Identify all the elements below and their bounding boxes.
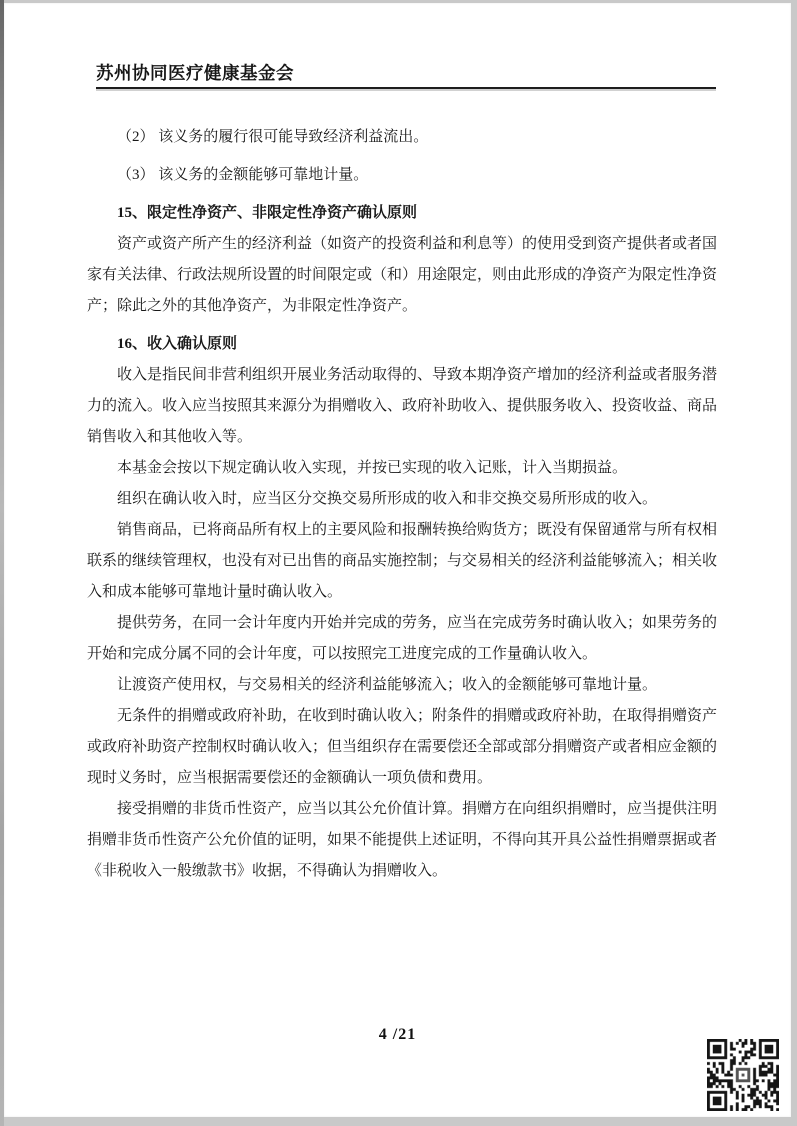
page-number: 4 /21 bbox=[379, 1026, 416, 1043]
list-item: （3） 该义务的金额能够可靠地计量。 bbox=[87, 160, 717, 191]
paragraph: 销售商品，已将商品所有权上的主要风险和报酬转换给购货方；既没有保留通常与所有权相… bbox=[87, 515, 717, 608]
document-page: 苏州协同医疗健康基金会 （2） 该义务的履行很可能导致经济利益流出。 （3） 该… bbox=[4, 3, 791, 1117]
paragraph: 组织在确认收入时，应当区分交换交易所形成的收入和非交换交易所形成的收入。 bbox=[87, 484, 717, 515]
section-heading: 16、收入确认原则 bbox=[87, 329, 717, 360]
document-body: （2） 该义务的履行很可能导致经济利益流出。 （3） 该义务的金额能够可靠地计量… bbox=[87, 122, 717, 887]
document-header: 苏州协同医疗健康基金会 bbox=[96, 61, 716, 89]
paragraph: 无条件的捐赠或政府补助，在收到时确认收入；附条件的捐赠或政府补助，在取得捐赠资产… bbox=[87, 701, 717, 794]
scan-frame: 苏州协同医疗健康基金会 （2） 该义务的履行很可能导致经济利益流出。 （3） 该… bbox=[0, 0, 797, 1126]
qr-code-icon bbox=[707, 1039, 779, 1111]
header-divider bbox=[96, 87, 716, 89]
list-item: （2） 该义务的履行很可能导致经济利益流出。 bbox=[87, 122, 717, 153]
paragraph: 资产或资产所产生的经济利益（如资产的投资利益和利息等）的使用受到资产提供者或者国… bbox=[87, 229, 717, 322]
paragraph: 本基金会按以下规定确认收入实现，并按已实现的收入记账，计入当期损益。 bbox=[87, 453, 717, 484]
paragraph: 收入是指民间非营利组织开展业务活动取得的、导致本期净资产增加的经济利益或者服务潜… bbox=[87, 360, 717, 453]
paragraph: 接受捐赠的非货币性资产，应当以其公允价值计算。捐赠方在向组织捐赠时，应当提供注明… bbox=[87, 794, 717, 887]
paragraph: 提供劳务，在同一会计年度内开始并完成的劳务，应当在完成劳务时确认收入；如果劳务的… bbox=[87, 608, 717, 670]
organization-title: 苏州协同医疗健康基金会 bbox=[96, 61, 716, 85]
section-heading: 15、限定性净资产、非限定性净资产确认原则 bbox=[87, 198, 717, 229]
paragraph: 让渡资产使用权，与交易相关的经济利益能够流入；收入的金额能够可靠地计量。 bbox=[87, 670, 717, 701]
document-footer: 4 /21 bbox=[4, 1026, 791, 1044]
